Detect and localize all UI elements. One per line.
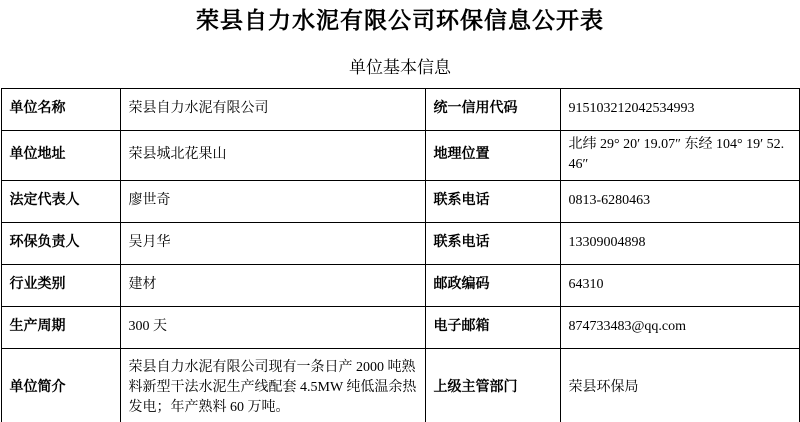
- label-contact-phone-2: 联系电话: [425, 222, 560, 264]
- value-superior-department: 荣县环保局: [560, 348, 799, 422]
- value-unit-address: 荣县城北花果山: [120, 130, 425, 180]
- table-row-unit-name: 单位名称 荣县自力水泥有限公司 统一信用代码 91510321204253499…: [1, 88, 799, 130]
- table-row-legal-representative: 法定代表人 廖世奇 联系电话 0813-6280463: [1, 180, 799, 222]
- label-superior-department: 上级主管部门: [425, 348, 560, 422]
- value-geo-position: 北纬 29° 20′ 19.07″ 东经 104° 19′ 52.46″: [560, 130, 799, 180]
- value-unit-profile: 荣县自力水泥有限公司现有一条日产 2000 吨熟料新型干法水泥生产线配套 4.5…: [120, 348, 425, 422]
- label-env-manager: 环保负责人: [1, 222, 120, 264]
- table-row-production-cycle: 生产周期 300 天 电子邮箱 874733483@qq.com: [1, 306, 799, 348]
- label-credit-code: 统一信用代码: [425, 88, 560, 130]
- basic-info-table: 单位名称 荣县自力水泥有限公司 统一信用代码 91510321204253499…: [1, 88, 800, 422]
- label-production-cycle: 生产周期: [1, 306, 120, 348]
- label-unit-profile: 单位简介: [1, 348, 120, 422]
- value-credit-code: 915103212042534993: [560, 88, 799, 130]
- label-unit-address: 单位地址: [1, 130, 120, 180]
- label-email: 电子邮箱: [425, 306, 560, 348]
- value-unit-name: 荣县自力水泥有限公司: [120, 88, 425, 130]
- value-industry-category: 建材: [120, 264, 425, 306]
- value-production-cycle: 300 天: [120, 306, 425, 348]
- label-postal-code: 邮政编码: [425, 264, 560, 306]
- label-industry-category: 行业类别: [1, 264, 120, 306]
- value-email: 874733483@qq.com: [560, 306, 799, 348]
- table-row-unit-address: 单位地址 荣县城北花果山 地理位置 北纬 29° 20′ 19.07″ 东经 1…: [1, 130, 799, 180]
- value-env-manager: 吴月华: [120, 222, 425, 264]
- document-page: 荣县自力水泥有限公司环保信息公开表 单位基本信息 单位名称 荣县自力水泥有限公司…: [0, 0, 800, 422]
- value-postal-code: 64310: [560, 264, 799, 306]
- page-title: 荣县自力水泥有限公司环保信息公开表: [0, 0, 800, 35]
- label-legal-representative: 法定代表人: [1, 180, 120, 222]
- table-row-env-manager: 环保负责人 吴月华 联系电话 13309004898: [1, 222, 799, 264]
- value-legal-representative: 廖世奇: [120, 180, 425, 222]
- value-contact-phone-1: 0813-6280463: [560, 180, 799, 222]
- label-unit-name: 单位名称: [1, 88, 120, 130]
- label-geo-position: 地理位置: [425, 130, 560, 180]
- value-contact-phone-2: 13309004898: [560, 222, 799, 264]
- table-row-unit-profile: 单位简介 荣县自力水泥有限公司现有一条日产 2000 吨熟料新型干法水泥生产线配…: [1, 348, 799, 422]
- section-subtitle: 单位基本信息: [0, 58, 800, 78]
- label-contact-phone-1: 联系电话: [425, 180, 560, 222]
- table-row-industry-category: 行业类别 建材 邮政编码 64310: [1, 264, 799, 306]
